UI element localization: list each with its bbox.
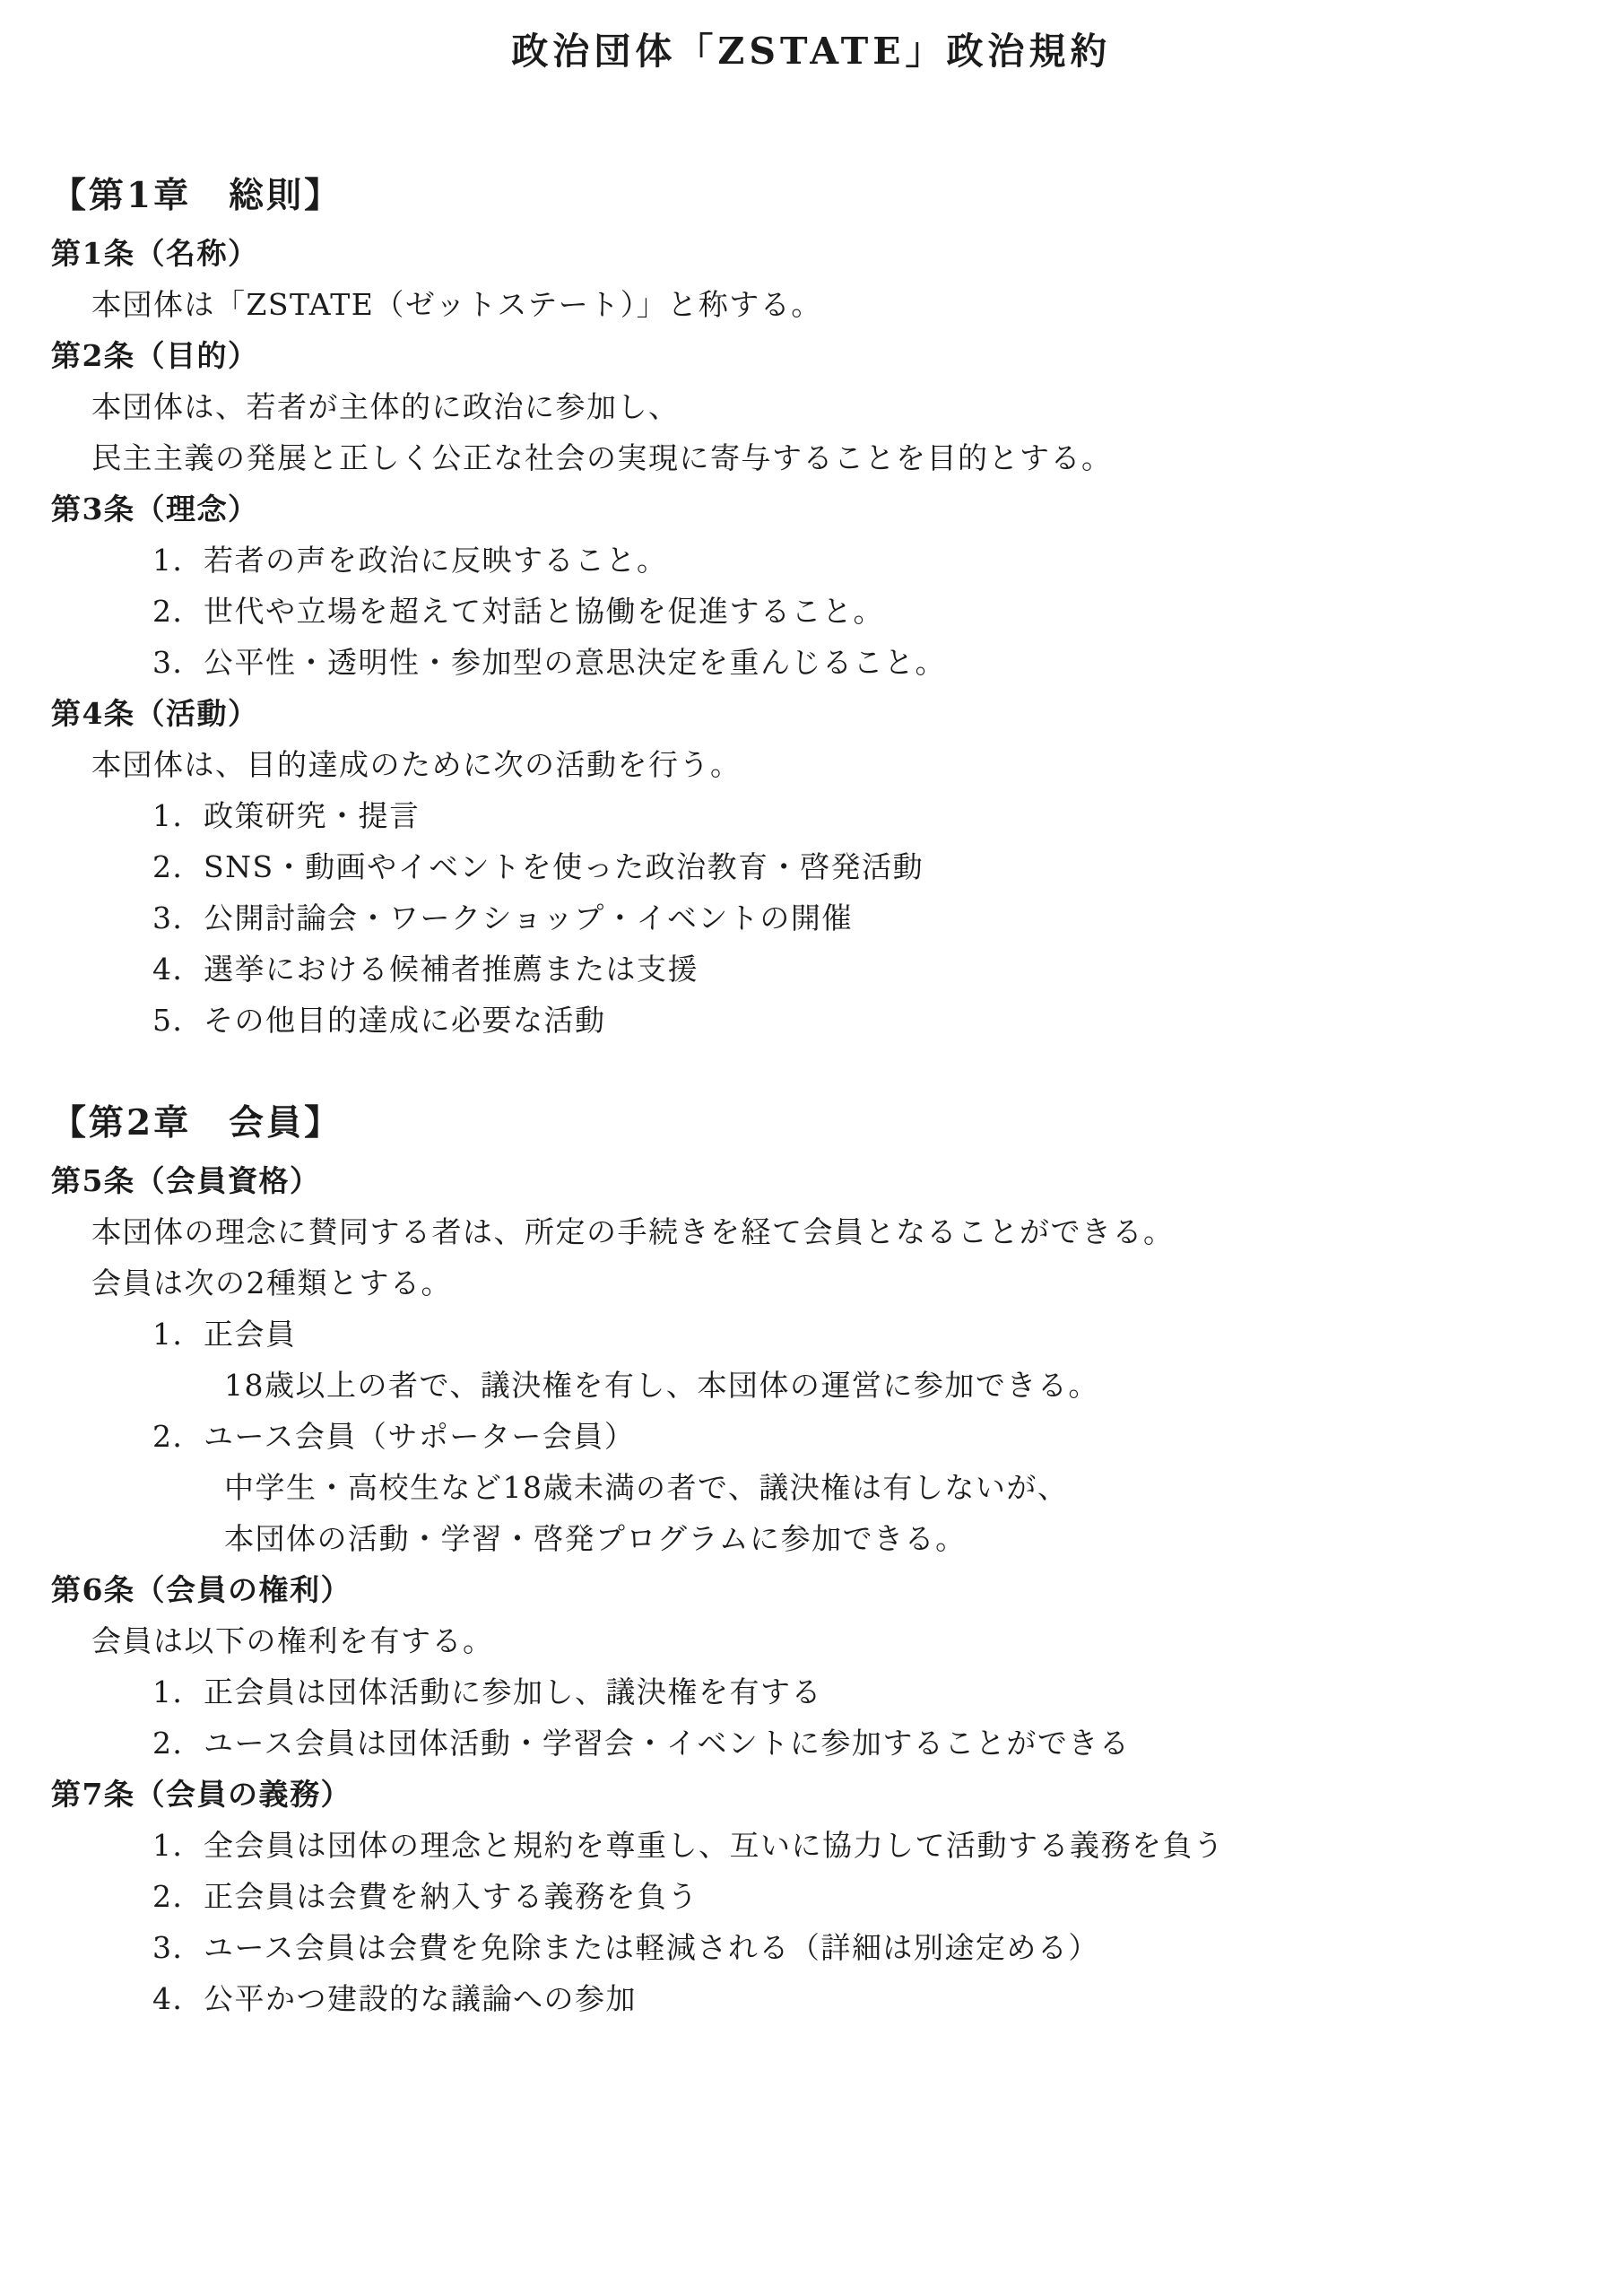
list-item: 4．選挙における候補者推薦または支援 <box>152 944 1623 995</box>
article-heading-3: 第3条（理念） <box>51 483 1623 535</box>
article-heading-6: 第6条（会員の権利） <box>51 1564 1623 1615</box>
paragraph-line: 本団体は、目的達成のために次の活動を行う。 <box>91 739 1623 790</box>
list-item: 1．政策研究・提言 <box>152 790 1623 841</box>
paragraph-line: 本団体は「ZSTATE（ゼットステート）」と称する。 <box>91 279 1623 330</box>
list-item: 1．正会員 <box>152 1309 1623 1360</box>
document-body: 【第1章 総則】 第1条（名称） 本団体は「ZSTATE（ゼットステート）」と称… <box>0 167 1623 2024</box>
list-item: 2．正会員は会費を納入する義務を負う <box>152 1871 1623 1922</box>
chapter-heading-2: 【第2章 会員】 <box>51 1094 1623 1152</box>
paragraph-line: 会員は次の2種類とする。 <box>91 1257 1623 1309</box>
list-item: 1．正会員は団体活動に参加し、議決権を有する <box>152 1666 1623 1718</box>
list-item: 3．公平性・透明性・参加型の意思決定を重んじること。 <box>152 637 1623 688</box>
list-item: 2．世代や立場を超えて対話と協働を促進すること。 <box>152 586 1623 637</box>
document-page: 政治団体「ZSTATE」政治規約 【第1章 総則】 第1条（名称） 本団体は「Z… <box>0 0 1623 2296</box>
sub-item: 中学生・高校生など18歳未満の者で、議決権は有しないが、 <box>224 1462 1623 1513</box>
list-item: 2．ユース会員（サポーター会員） <box>152 1411 1623 1462</box>
article-heading-5: 第5条（会員資格） <box>51 1155 1623 1206</box>
article-heading-2: 第2条（目的） <box>51 330 1623 381</box>
list-item: 2．ユース会員は団体活動・学習会・イベントに参加することができる <box>152 1718 1623 1769</box>
paragraph-line: 本団体の理念に賛同する者は、所定の手続きを経て会員となることができる。 <box>91 1206 1623 1257</box>
list-item: 2．SNS・動画やイベントを使った政治教育・啓発活動 <box>152 841 1623 892</box>
chapter-heading-1: 【第1章 総則】 <box>51 167 1623 224</box>
list-item: 4．公平かつ建設的な議論への参加 <box>152 1973 1623 2024</box>
paragraph-line: 民主主義の発展と正しく公正な社会の実現に寄与することを目的とする。 <box>91 432 1623 483</box>
list-item: 3．ユース会員は会費を免除または軽減される（詳細は別途定める） <box>152 1922 1623 1973</box>
article-heading-1: 第1条（名称） <box>51 228 1623 279</box>
list-item: 1．全会員は団体の理念と規約を尊重し、互いに協力して活動する義務を負う <box>152 1820 1623 1871</box>
sub-item: 18歳以上の者で、議決権を有し、本団体の運営に参加できる。 <box>224 1360 1623 1411</box>
sub-item: 本団体の活動・学習・啓発プログラムに参加できる。 <box>224 1513 1623 1564</box>
list-item: 1．若者の声を政治に反映すること。 <box>152 535 1623 586</box>
paragraph-line: 会員は以下の権利を有する。 <box>91 1615 1623 1666</box>
list-item: 5．その他目的達成に必要な活動 <box>152 995 1623 1046</box>
article-heading-4: 第4条（活動） <box>51 688 1623 739</box>
article-heading-7: 第7条（会員の義務） <box>51 1769 1623 1820</box>
paragraph-line: 本団体は、若者が主体的に政治に参加し、 <box>91 381 1623 432</box>
list-item: 3．公開討論会・ワークショップ・イベントの開催 <box>152 892 1623 944</box>
document-title: 政治団体「ZSTATE」政治規約 <box>0 0 1623 74</box>
